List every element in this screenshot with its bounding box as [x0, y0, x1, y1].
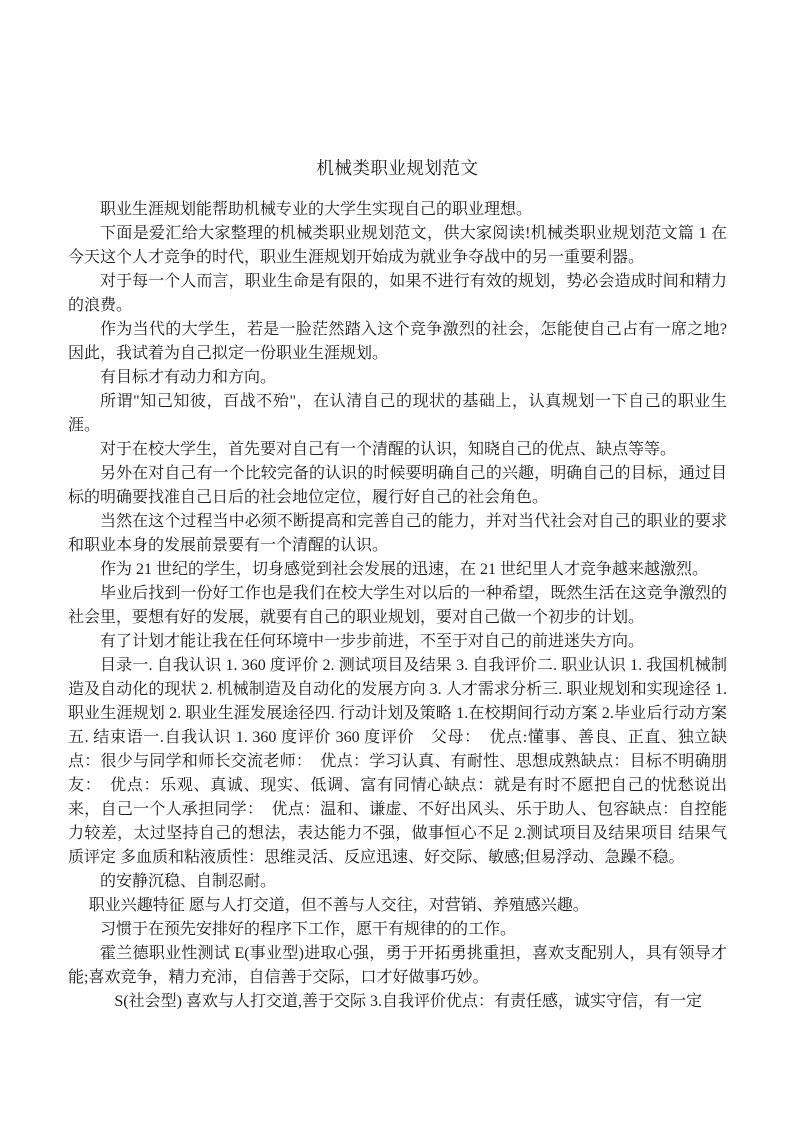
paragraph: 的安静沉稳、自制忍耐。 — [68, 870, 727, 894]
paragraph: 职业兴趣特征 愿与人打交道，但不善与人交往，对营销、养殖感兴趣。 — [68, 894, 727, 918]
document-title: 机械类职业规划范文 — [68, 155, 727, 181]
paragraph: 对于每一个人而言，职业生命是有限的，如果不进行有效的规划，势必会造成时间和精力的… — [68, 270, 727, 318]
paragraph: 下面是爱汇给大家整理的机械类职业规划范文，供大家阅读!机械类职业规划范文篇 1 … — [68, 222, 727, 270]
paragraph: 习惯于在预先安排好的程序下工作，愿干有规律的的工作。 — [68, 918, 727, 942]
paragraph: 作为 21 世纪的学生，切身感觉到社会发展的迅速，在 21 世纪里人才竞争越来越… — [68, 558, 727, 582]
paragraph: 作为当代的大学生，若是一脸茫然踏入这个竞争激烈的社会，怎能使自己占有一席之地?因… — [68, 318, 727, 366]
paragraph: 所谓"知己知彼，百战不殆"，在认清自己的现状的基础上，认真规划一下自己的职业生涯… — [68, 390, 727, 438]
document-body: 职业生涯规划能帮助机械专业的大学生实现自己的职业理想。 下面是爱汇给大家整理的机… — [68, 198, 727, 1014]
paragraph: 另外在对自己有一个比较完备的认识的时候要明确自己的兴趣，明确自己的目标，通过目标… — [68, 462, 727, 510]
paragraph: S(社会型) 喜欢与人打交道,善于交际 3.自我评价优点：有责任感，诚实守信，有… — [68, 990, 727, 1014]
paragraph: 对于在校大学生，首先要对自己有一个清醒的认识，知晓自己的优点、缺点等等。 — [68, 438, 727, 462]
paragraph: 当然在这个过程当中必须不断提高和完善自己的能力，并对当代社会对自己的职业的要求和… — [68, 510, 727, 558]
paragraph-toc-and-assessment: 目录一. 自我认识 1. 360 度评价 2. 测试项目及结果 3. 自我评价二… — [68, 654, 727, 870]
paragraph: 职业生涯规划能帮助机械专业的大学生实现自己的职业理想。 — [68, 198, 727, 222]
paragraph: 霍兰德职业性测试 E(事业型)进取心强，勇于开拓勇挑重担，喜欢支配别人，具有领导… — [68, 942, 727, 990]
paragraph: 毕业后找到一份好工作也是我们在校大学生对以后的一种希望，既然生活在这竞争激烈的社… — [68, 582, 727, 630]
paragraph: 有了计划才能让我在任何环境中一步步前进，不至于对自己的前进迷失方向。 — [68, 630, 727, 654]
paragraph: 有目标才有动力和方向。 — [68, 366, 727, 390]
document-page: 机械类职业规划范文 职业生涯规划能帮助机械专业的大学生实现自己的职业理想。 下面… — [0, 0, 793, 1122]
